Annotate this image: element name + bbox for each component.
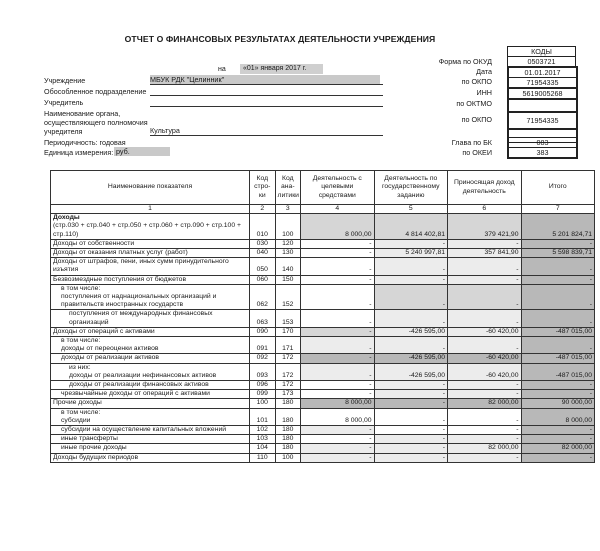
amount-income-generating: - [448,381,521,390]
table-row: иные прочие доходы104180--82 000,0082 00… [51,444,595,453]
analytic-code: 130 [275,249,301,258]
col-num-6: 6 [448,205,521,214]
table-row: в том числе:субсидии1011808 000,00--8 00… [51,408,595,425]
indicator-name: Доходы от операций с активами [51,327,250,336]
col-header-state-task: Деятельность по государственному заданию [374,171,447,205]
amount-income-generating: 379 421,90 [448,214,521,240]
indicator-name: Прочие доходы [51,399,250,408]
row-name: Доходы от штрафов, пени, иных сумм прину… [53,258,247,274]
amount-income-generating: - [448,453,521,462]
amount-targeted: - [301,258,374,275]
amount-state-task: - [374,390,447,399]
analytic-code: 171 [275,337,301,354]
row-name: доходы от реализации финансовых активов [69,381,247,389]
col-header-income-generating: Приносящая доход деятельность [448,171,521,205]
codes-label-okud: Форма по ОКУД [407,57,492,66]
code-inn: 5619005268 [507,88,578,99]
report-date: «01» января 2017 г. [240,64,323,74]
table-row: в том числе:доходы от переоценки активов… [51,337,595,354]
amount-income-generating: - [448,239,521,248]
analytic-code: 120 [275,239,301,248]
analytic-code: 100 [275,214,301,240]
row-name: субсидии [61,417,247,425]
row-name: Доходы [53,214,247,222]
amount-state-task: - [374,435,447,444]
amount-total: -487 015,00 [521,363,595,380]
row-name: доходы от реализации активов [61,354,247,362]
analytic-code: 170 [275,327,301,336]
col-header-indicator: Наименование показателя [51,171,250,205]
row-name: доходы от переоценки активов [61,345,247,353]
table-row: из них:доходы от реализации нефинансовых… [51,363,595,380]
authority-underline [150,135,383,136]
line-code: 092 [250,354,276,363]
line-code: 062 [250,284,276,310]
row-name: Доходы от собственности [53,240,247,248]
code-okei: 383 [507,147,578,159]
table-row: иные трансферты103180---- [51,435,595,444]
amount-income-generating: - [448,284,521,310]
col-num-1: 1 [51,205,250,214]
row-name: чрезвычайные доходы от операций с актива… [61,390,247,398]
row-prefix: в том числе: [61,337,247,345]
row-prefix: в том числе: [61,285,247,293]
table-row: доходы от реализации активов092172--426 … [51,354,595,363]
indicator-name: Доходы будущих периодов [51,453,250,462]
amount-income-generating: 82 000,00 [448,444,521,453]
table-row: чрезвычайные доходы от операций с актива… [51,390,595,399]
institution-underline [150,84,383,85]
unit-value: руб. [114,147,170,156]
amount-state-task: - [374,284,447,310]
indicator-name: Доходы от собственности [51,239,250,248]
amount-state-task: - [374,408,447,425]
amount-targeted: - [301,363,374,380]
line-code: 030 [250,239,276,248]
amount-targeted: 8 000,00 [301,399,374,408]
analytic-code: 180 [275,444,301,453]
amount-total: -487 015,00 [521,354,595,363]
amount-total: 8 000,00 [521,408,595,425]
line-code: 050 [250,258,276,275]
amount-income-generating: -60 420,00 [448,363,521,380]
row-prefix: из них: [69,364,247,372]
amount-targeted: - [301,426,374,435]
line-code: 040 [250,249,276,258]
amount-targeted: - [301,444,374,453]
amount-income-generating: - [448,258,521,275]
amount-income-generating: - [448,275,521,284]
unit-label: Единица измерения: [44,148,113,157]
row-name: доходы от реализации нефинансовых активо… [69,372,247,380]
indicator-name: чрезвычайные доходы от операций с актива… [51,390,250,399]
row-name: Прочие доходы [53,399,247,407]
analytic-code: 173 [275,390,301,399]
amount-targeted: - [301,453,374,462]
line-code: 102 [250,426,276,435]
amount-income-generating: 82 000,00 [448,399,521,408]
analytic-code: 180 [275,408,301,425]
analytic-code: 180 [275,435,301,444]
amount-state-task: -426 595,00 [374,327,447,336]
col-num-7: 7 [521,205,595,214]
as-of-label: на [218,66,226,73]
amount-total: 82 000,00 [521,444,595,453]
indicator-name: доходы от реализации финансовых активов [51,381,250,390]
col-header-total: Итого [521,171,595,205]
col-num-2: 2 [250,205,276,214]
table-row: Доходы от операций с активами090170--426… [51,327,595,336]
table-row: Доходы(стр.030 + стр.040 + стр.050 + стр… [51,214,595,240]
amount-targeted: - [301,327,374,336]
col-header-analytic-code: Код ана-литики [275,171,301,205]
indicator-name: Доходы(стр.030 + стр.040 + стр.050 + стр… [51,214,250,240]
line-code: 093 [250,363,276,380]
indicator-name: в том числе:поступления от наднациональн… [51,284,250,310]
line-code: 099 [250,390,276,399]
col-num-5: 5 [374,205,447,214]
indicator-name: в том числе:субсидии [51,408,250,425]
analytic-code: 153 [275,310,301,327]
amount-state-task: - [374,453,447,462]
amount-state-task: - [374,239,447,248]
line-code: 100 [250,399,276,408]
table-row: Прочие доходы1001808 000,00-82 000,0090 … [51,399,595,408]
analytic-code: 150 [275,275,301,284]
amount-income-generating: - [448,337,521,354]
amount-state-task: -426 595,00 [374,363,447,380]
amount-total: 5 201 824,71 [521,214,595,240]
analytic-code: 100 [275,453,301,462]
amount-total: - [521,239,595,248]
amount-income-generating: - [448,408,521,425]
line-code: 063 [250,310,276,327]
line-code: 110 [250,453,276,462]
analytic-code: 180 [275,399,301,408]
amount-total: - [521,284,595,310]
table-row: Доходы от собственности030120---- [51,239,595,248]
amount-targeted: - [301,354,374,363]
col-num-3: 3 [275,205,301,214]
line-code: 104 [250,444,276,453]
amount-total: - [521,258,595,275]
amount-total: - [521,381,595,390]
amount-income-generating: 357 841,90 [448,249,521,258]
amount-state-task: 5 240 997,81 [374,249,447,258]
codes-label-okpo-2: по ОКПО [407,115,492,124]
analytic-code: 140 [275,258,301,275]
line-code: 010 [250,214,276,240]
table-row: Безвозмездные поступления от бюджетов060… [51,275,595,284]
table-row: Доходы от штрафов, пени, иных сумм прину… [51,258,595,275]
amount-state-task: -426 595,00 [374,354,447,363]
row-name: Безвозмездные поступления от бюджетов [53,276,247,284]
amount-state-task: - [374,258,447,275]
col-num-4: 4 [301,205,374,214]
code-okpo: 71954335 [507,77,578,88]
codes-label-glava: Глава по БК [407,138,492,147]
analytic-code: 172 [275,363,301,380]
amount-targeted: - [301,275,374,284]
amount-targeted: 8 000,00 [301,214,374,240]
amount-total: - [521,426,595,435]
institution-label: Учреждение [44,76,85,85]
table-row: доходы от реализации финансовых активов0… [51,381,595,390]
line-code: 096 [250,381,276,390]
indicator-name: иные трансферты [51,435,250,444]
amount-state-task: - [374,399,447,408]
line-code: 091 [250,337,276,354]
line-code: 101 [250,408,276,425]
indicator-name: поступления от международных финансовых … [51,310,250,327]
table-row: субсидии на осуществление капитальных вл… [51,426,595,435]
periodicity-label: Периодичность: годовая [44,138,126,147]
amount-targeted: - [301,284,374,310]
analytic-code: 172 [275,381,301,390]
amount-income-generating: - [448,426,521,435]
col-header-targeted: Деятельность с целевыми средствами [301,171,374,205]
indicator-name: субсидии на осуществление капитальных вл… [51,426,250,435]
table-row: поступления от международных финансовых … [51,310,595,327]
row-name: Доходы от операций с активами [53,328,247,336]
indicator-name: Безвозмездные поступления от бюджетов [51,275,250,284]
indicator-name: в том числе:доходы от переоценки активов [51,337,250,354]
indicator-name: Доходы от штрафов, пени, иных сумм прину… [51,258,250,275]
indicator-name: Доходы от оказания платных услуг (работ) [51,249,250,258]
amount-income-generating: - [448,310,521,327]
codes-label-inn: ИНН [407,88,492,97]
authority-value: Культура [150,126,180,135]
amount-total: -487 015,00 [521,327,595,336]
subdivision-label: Обособленное подразделение [44,87,146,96]
amount-targeted: - [301,381,374,390]
row-name: иные прочие доходы [61,444,247,452]
amount-targeted: - [301,337,374,354]
amount-total: - [521,337,595,354]
amount-income-generating: -60 420,00 [448,354,521,363]
row-name: поступления от международных финансовых … [69,310,247,326]
table-row: Доходы будущих периодов110100---- [51,453,595,462]
subdivision-underline [150,95,383,96]
row-name: Доходы от оказания платных услуг (работ) [53,249,247,257]
amount-state-task: - [374,381,447,390]
amount-total: - [521,453,595,462]
amount-total: 90 000,00 [521,399,595,408]
amount-total: - [521,435,595,444]
amount-total: - [521,275,595,284]
amount-state-task: - [374,426,447,435]
amount-targeted: - [301,249,374,258]
row-formula: (стр.030 + стр.040 + стр.050 + стр.060 +… [53,222,247,238]
analytic-code: 172 [275,354,301,363]
line-code: 103 [250,435,276,444]
table-row: в том числе:поступления от наднациональн… [51,284,595,310]
row-name: субсидии на осуществление капитальных вл… [61,426,247,434]
codes-label-date: Дата [407,67,492,76]
amount-targeted: - [301,239,374,248]
amount-state-task: - [374,310,447,327]
row-name: Доходы будущих периодов [53,454,247,462]
analytic-code: 152 [275,284,301,310]
amount-targeted: - [301,390,374,399]
report-title: ОТЧЕТ О ФИНАНСОВЫХ РЕЗУЛЬТАТАХ ДЕЯТЕЛЬНО… [115,34,445,44]
amount-state-task: - [374,444,447,453]
amount-income-generating: - [448,390,521,399]
amount-total: - [521,310,595,327]
codes-label-okpo: по ОКПО [407,77,492,86]
amount-targeted: - [301,435,374,444]
amount-state-task: - [374,337,447,354]
amount-targeted: - [301,310,374,327]
row-name: поступления от наднациональных организац… [61,293,247,309]
line-code: 060 [250,275,276,284]
amount-total: 5 598 839,71 [521,249,595,258]
financial-results-table: Наименование показателя Код стро-ки Код … [50,170,595,463]
codes-label-okei: по ОКЕИ [407,148,492,157]
row-name: иные трансферты [61,435,247,443]
amount-targeted: 8 000,00 [301,408,374,425]
authority-label: Наименование органа, осуществляющего пол… [44,109,154,136]
amount-total: - [521,390,595,399]
code-okpo-2: 71954335 [507,112,578,129]
table-row: Доходы от оказания платных услуг (работ)… [51,249,595,258]
amount-income-generating: - [448,435,521,444]
line-code: 090 [250,327,276,336]
codes-label-oktmo: по ОКТМО [407,99,492,108]
code-oktmo [507,99,578,112]
indicator-name: доходы от реализации активов [51,354,250,363]
indicator-name: из них:доходы от реализации нефинансовых… [51,363,250,380]
row-prefix: в том числе: [61,409,247,417]
founder-underline [150,106,383,107]
amount-income-generating: -60 420,00 [448,327,521,336]
amount-state-task: - [374,275,447,284]
col-header-line-code: Код стро-ки [250,171,276,205]
indicator-name: иные прочие доходы [51,444,250,453]
amount-state-task: 4 814 402,81 [374,214,447,240]
founder-label: Учредитель [44,98,83,107]
analytic-code: 180 [275,426,301,435]
